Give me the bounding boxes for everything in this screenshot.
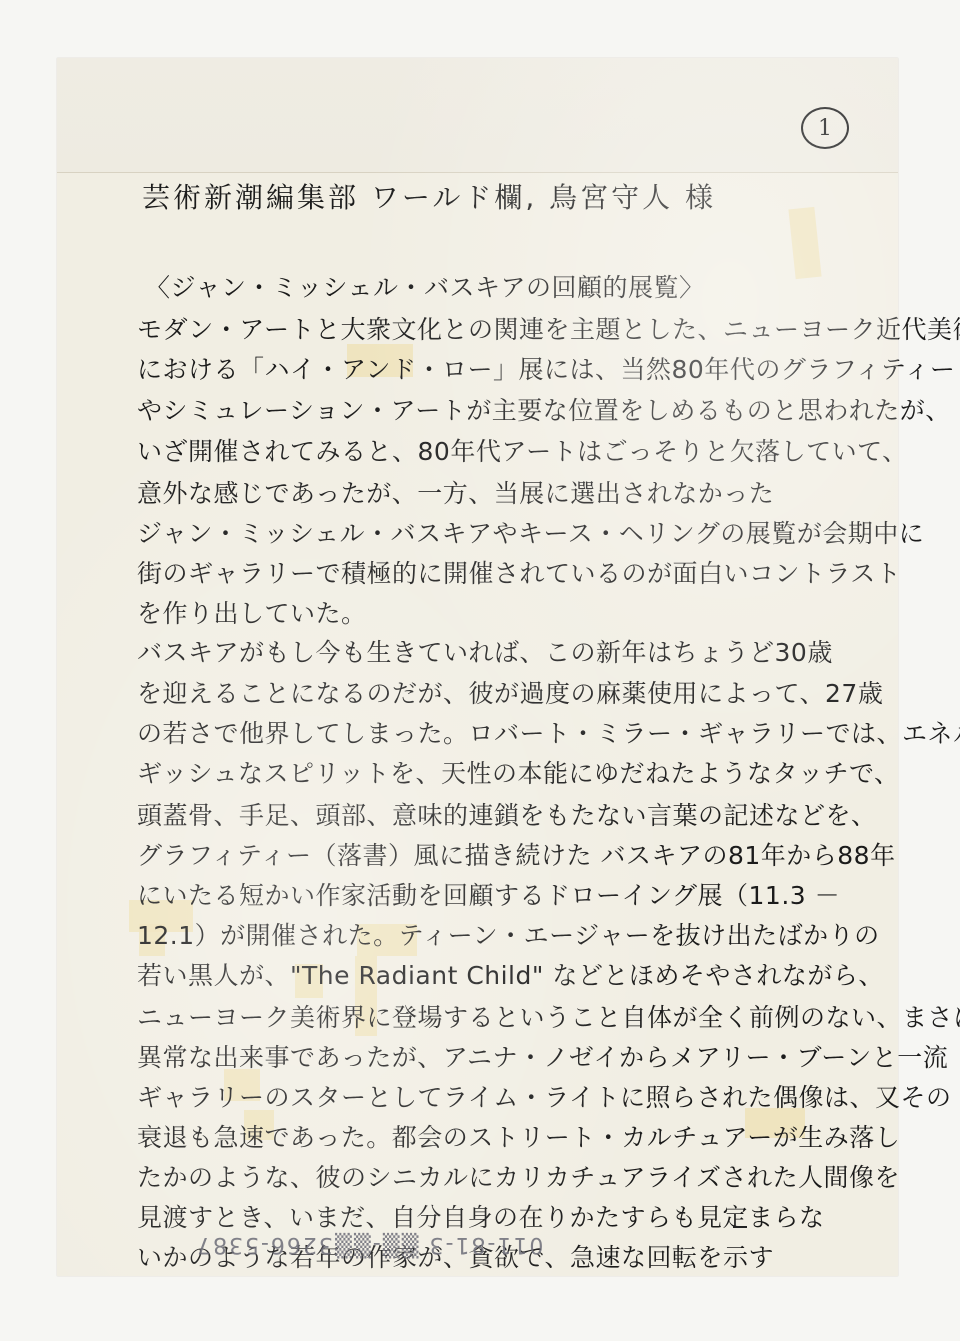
margin-dash-mark xyxy=(733,1226,747,1228)
page-number: 1 xyxy=(818,116,832,141)
body-line: モダン・アートと大衆文化との関連を主題とした、ニューヨーク近代美術館 xyxy=(137,310,960,346)
body-line: 頭蓋骨、手足、頭部、意味的連鎖をもたない言葉の記述などを、 xyxy=(137,796,877,832)
body-line: やシミュレーション・アートが主要な位置をしめるものと思われたが、 xyxy=(137,391,951,427)
body-line: ギッシュなスピリットを、天性の本能にゆだねたようなタッチで、 xyxy=(137,754,900,790)
body-line: を迎えることになるのだが、彼が過度の麻薬使用によって、27歳 xyxy=(137,674,883,710)
body-line: たかのような、彼のシニカルにカリカチュアライズされた人間像を xyxy=(137,1158,900,1194)
folded-top-strip xyxy=(57,58,898,173)
pencil-phone-note: 011-81-3 ▒▒-▒▒3266-5387 xyxy=(195,1232,543,1257)
body-line: 12.1）が開催された。ティーン・エージャーを抜け出たばかりの xyxy=(137,916,880,952)
body-line: 衰退も急速であった。都会のストリート・カルチュアーが生み落し xyxy=(137,1118,900,1154)
body-line: にいたる短かい作家活動を回顧するドローイング展（11.3 － xyxy=(137,876,840,912)
body-line: グラフィティー（落書）風に描き続けた バスキアの81年から88年 xyxy=(137,836,896,872)
manuscript-page: 1 芸術新潮編集部 ワールド欄, 鳥宮守人 様 〈ジャン・ミッシェル・バスキアの… xyxy=(57,58,898,1276)
body-line: 若い黒人が、"The Radiant Child" などとほめそやされながら、 xyxy=(137,956,884,992)
body-line: いざ開催されてみると、80年代アートはごっそりと欠落していて、 xyxy=(137,432,908,468)
body-line: の若さで他界してしまった。ロバート・ミラー・ギャラリーでは、エネル xyxy=(137,714,960,750)
correction-tape-patch xyxy=(788,207,821,279)
addressee-line: 芸術新潮編集部 ワールド欄, 鳥宮守人 様 xyxy=(142,176,716,216)
body-line: を作り出していた。 xyxy=(137,594,367,630)
body-line: における「ハイ・アンド・ロー」展には、当然80年代のグラフィティー・アート xyxy=(137,350,960,386)
body-line: 見渡すとき、いまだ、自分自身の在りかたすらも見定まらな xyxy=(137,1198,825,1234)
body-line: ニューヨーク美術界に登場するということ自体が全く前例のない、まさに xyxy=(137,998,960,1034)
body-line: 街のギャラリーで積極的に開催されているのが面白いコントラスト xyxy=(137,554,901,590)
body-line: 意外な感じであったが、一方、当展に選出されなかった xyxy=(137,474,774,510)
body-line: ギャラリーのスターとしてライム・ライトに照らされた偶像は、又その xyxy=(137,1078,952,1114)
body-line: ジャン・ミッシェル・バスキアやキース・ヘリングの展覧が会期中に xyxy=(137,514,924,550)
body-line: バスキアがもし今も生きていれば、この新年はちょうど30歳 xyxy=(137,633,833,669)
body-line: 異常な出来事であったが、アニナ・ノゼイからメアリー・ブーンと一流 xyxy=(137,1038,948,1074)
essay-heading: 〈ジャン・ミッシェル・バスキアの回顧的展覧〉 xyxy=(145,268,705,304)
page-number-circle: 1 xyxy=(801,107,849,149)
